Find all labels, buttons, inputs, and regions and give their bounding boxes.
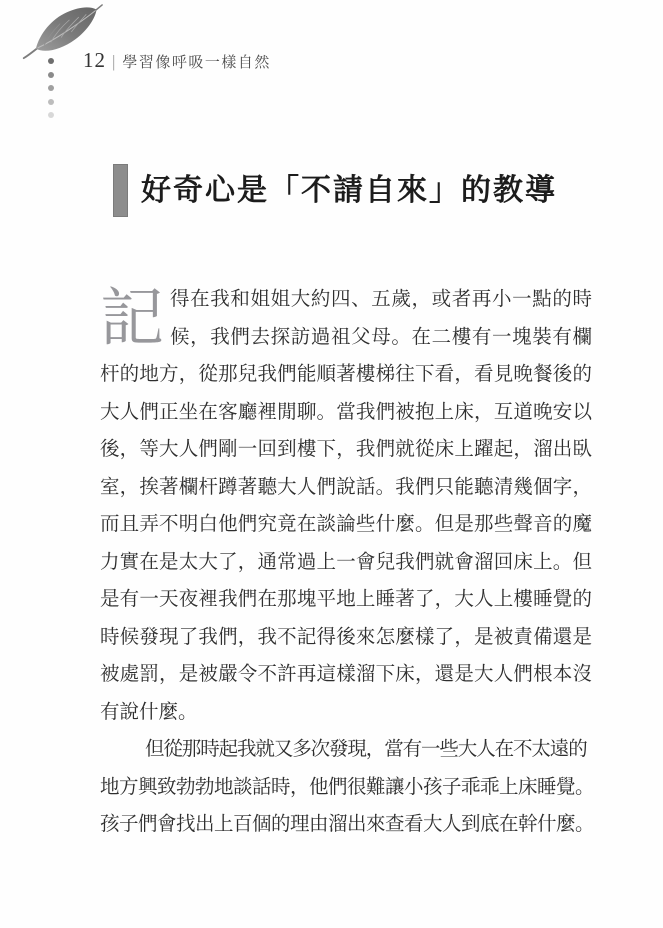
text-line: 孩子們會找出上百個的理由溜出來查看大人到底在幹什麼。 [100,806,592,844]
dot [48,85,54,91]
dropcap-lines: 得在我和姐姐大約四、五歲，或者再小一點的時 候，我們去探訪過祖父母。在二樓有一塊… [170,281,592,356]
text-line: 地方興致勃勃地談話時，他們很難讓小孩子乖乖上床睡覺。 [100,769,592,807]
title-accent-bar [113,164,128,217]
text-line: 杆的地方，從那兒我們能順著樓梯往下看，看見晚餐後的 [100,356,592,394]
header-separator: | [112,52,115,72]
text-line: 但從那時起我就又多次發現，當有一些大人在不太遠的 [100,731,592,769]
paragraph-1-opening: 記 得在我和姐姐大約四、五歲，或者再小一點的時 候，我們去探訪過祖父母。在二樓有… [100,281,592,356]
book-title: 學習像呼吸一樣自然 [122,51,271,72]
text-line: 力實在是太大了，通常過上一會兒我們就會溜回床上。但 [100,544,592,582]
text-line: 大人們正坐在客廳裡閒聊。當我們被抱上床，互道晚安以 [100,394,592,432]
dot [48,112,54,118]
chapter-title: 好奇心是「不請自來」的教導 [141,164,557,217]
text-line: 而且弄不明白他們究竟在談論些什麼。但是那些聲音的魔 [100,506,592,544]
dot [48,58,54,64]
text-line: 室，挨著欄杆蹲著聽大人們說話。我們只能聽清幾個字， [100,469,592,507]
chapter-heading: 好奇心是「不請自來」的教導 [113,164,557,217]
drop-cap: 記 [100,281,170,356]
dot [48,99,54,105]
dots-ornament [48,58,55,126]
page-number: 12 [83,48,106,73]
dot [48,72,54,78]
text-line: 候，我們去探訪過祖父母。在二樓有一塊裝有欄 [170,319,592,357]
text-line: 時候發現了我們，我不記得後來怎麼樣了，是被責備還是 [100,619,592,657]
text-line: 後，等大人們剛一回到樓下，我們就從床上躍起，溜出臥 [100,431,592,469]
text-line: 被處罰，是被嚴令不許再這樣溜下床，還是大人們根本沒 [100,656,592,694]
text-line: 是有一天夜裡我們在那塊平地上睡著了，大人上樓睡覺的 [100,581,592,619]
text-line: 有說什麼。 [100,694,592,732]
body-text: 記 得在我和姐姐大約四、五歲，或者再小一點的時 候，我們去探訪過祖父母。在二樓有… [100,281,592,844]
text-line: 得在我和姐姐大約四、五歲，或者再小一點的時 [170,281,592,319]
book-page: 12 | 學習像呼吸一樣自然 好奇心是「不請自來」的教導 記 得在我和姐姐大約四… [0,0,663,928]
running-head: 12 | 學習像呼吸一樣自然 [83,48,271,73]
